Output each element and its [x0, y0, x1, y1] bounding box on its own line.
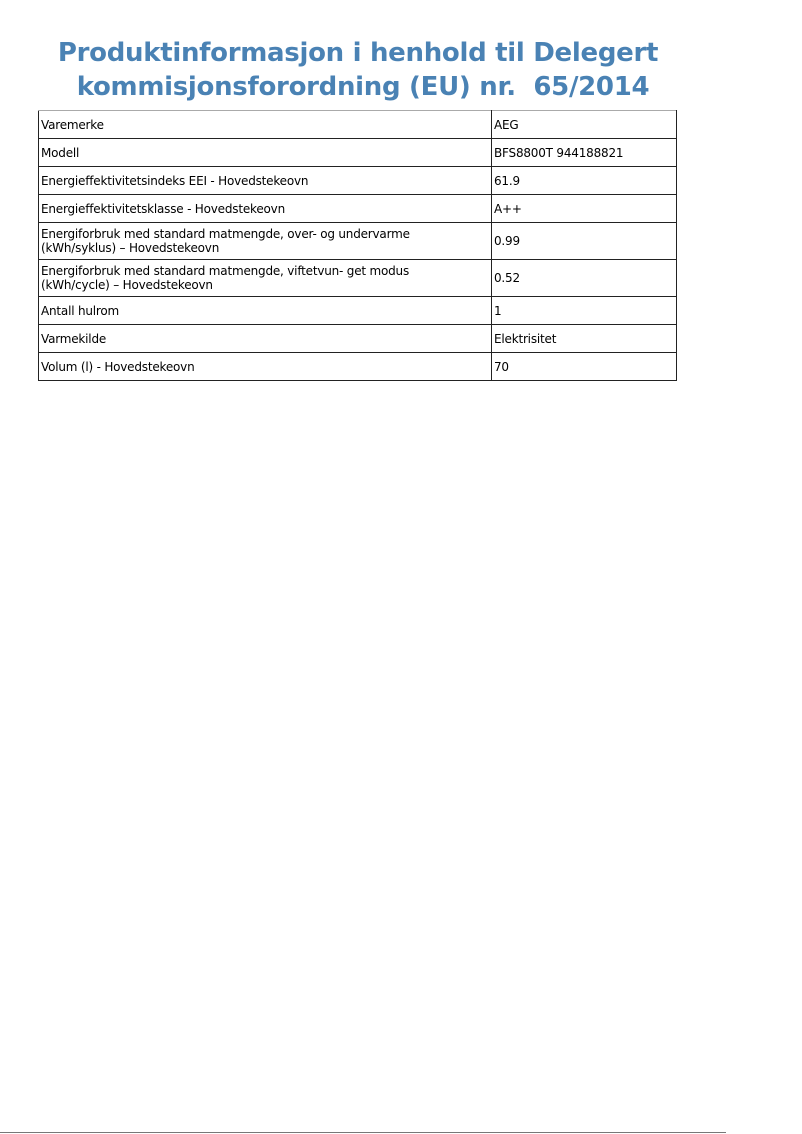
row-label: Varemerke — [39, 111, 492, 139]
row-value: BFS8800T 944188821 — [492, 139, 677, 167]
row-value: 70 — [492, 353, 677, 381]
row-label-line-2: (kWh/cycle) – Hovedstekeovn — [41, 278, 213, 292]
table-row: Varemerke AEG — [39, 111, 677, 139]
row-label: Varmekilde — [39, 325, 492, 353]
row-label: Modell — [39, 139, 492, 167]
row-value: 61.9 — [492, 167, 677, 195]
table-row: Energiforbruk med standard matmengde, ov… — [39, 223, 677, 260]
row-value: A++ — [492, 195, 677, 223]
row-label-line-1: Energiforbruk med standard matmengde, vi… — [41, 264, 409, 278]
table-row: Energieffektivitetsklasse - Hovedstekeov… — [39, 195, 677, 223]
row-label: Energiforbruk med standard matmengde, vi… — [39, 260, 492, 297]
row-value: AEG — [492, 111, 677, 139]
table-row: Modell BFS8800T 944188821 — [39, 139, 677, 167]
title-line-2: kommisjonsforordning (EU) nr. 65/2014 — [40, 70, 676, 104]
row-label-line-2: (kWh/syklus) – Hovedstekeovn — [41, 241, 219, 255]
footer-divider — [0, 1132, 726, 1133]
row-label: Antall hulrom — [39, 297, 492, 325]
page-title: Produktinformasjon i henhold til Deleger… — [40, 36, 676, 104]
product-info-table: Varemerke AEG Modell BFS8800T 944188821 … — [38, 110, 677, 381]
table-row: Varmekilde Elektrisitet — [39, 325, 677, 353]
row-label-line-1: Energiforbruk med standard matmengde, ov… — [41, 227, 410, 241]
row-value: 0.99 — [492, 223, 677, 260]
row-label: Energiforbruk med standard matmengde, ov… — [39, 223, 492, 260]
table-row: Energieffektivitetsindeks EEI - Hovedste… — [39, 167, 677, 195]
table-row: Energiforbruk med standard matmengde, vi… — [39, 260, 677, 297]
table-row: Antall hulrom 1 — [39, 297, 677, 325]
row-label: Energieffektivitetsklasse - Hovedstekeov… — [39, 195, 492, 223]
row-value: 1 — [492, 297, 677, 325]
title-line-1: Produktinformasjon i henhold til Deleger… — [40, 36, 676, 70]
table-row: Volum (l) - Hovedstekeovn 70 — [39, 353, 677, 381]
row-label: Volum (l) - Hovedstekeovn — [39, 353, 492, 381]
row-value: 0.52 — [492, 260, 677, 297]
row-value: Elektrisitet — [492, 325, 677, 353]
row-label: Energieffektivitetsindeks EEI - Hovedste… — [39, 167, 492, 195]
